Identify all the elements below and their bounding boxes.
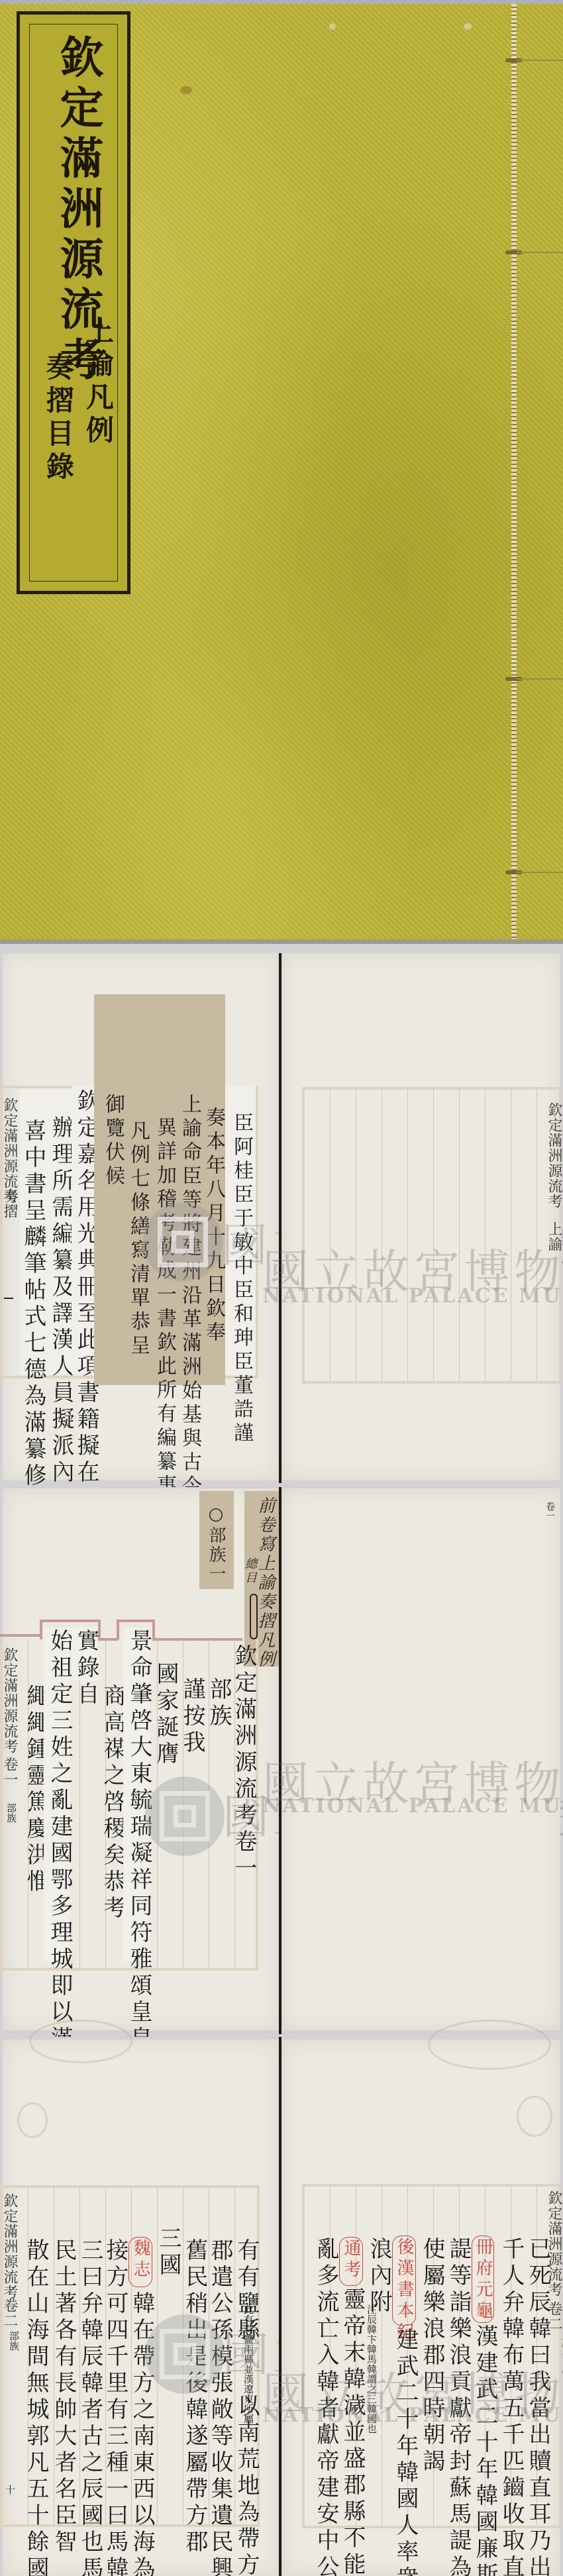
margin-sub-section: 部族 xyxy=(5,1803,17,1829)
page-spread-3: 欽定滿洲源流考 卷二 部族 十 散在山海間無城郭凡五十餘國總十餘萬 民土著各有長… xyxy=(0,2037,563,2576)
left-page: 欽定滿洲源流考 奏摺 喜中書呈麟筆帖式七德為滿纂修官理藩院 辦理所需編纂及譯漢人… xyxy=(3,953,279,1480)
page-gutter xyxy=(279,953,281,1483)
note-slip-text: 總目 xyxy=(243,1557,256,1597)
watermark-text-en: NATIONAL PALACE MUSEUM xyxy=(262,2404,563,2427)
water-stain xyxy=(17,2102,48,2138)
citation-mark: 魏志 xyxy=(128,2237,152,2287)
cover-spot xyxy=(464,23,472,30)
text-column: 民土著各有長帥大者名臣智 xyxy=(50,2238,77,2371)
page-spread-2: ○部族一 前卷寫上諭奏摺凡例 總目 欽定滿洲源流考 卷一 部族 繩繩鍾靈篤慶洪惟… xyxy=(0,1487,563,2037)
corner-mark: 卷一 xyxy=(544,1502,556,1521)
museum-seal-watermark xyxy=(143,1202,223,1282)
text-column: 始祖定三姓之亂建國鄂多理城即以滿洲建號繼繼 xyxy=(46,1629,73,1960)
slip-column: 御覽伏候 xyxy=(99,1094,126,1153)
citation-mark: 冊府元龜 xyxy=(472,2236,494,2323)
seal-glyph xyxy=(160,2329,210,2379)
margin-book-title: 欽定滿洲源流考 xyxy=(1,1098,17,1184)
note-slip-text: 前卷寫上諭奏摺凡例 xyxy=(255,1496,275,1662)
text-column: 景命肇啓大東毓瑞凝祥同符雅頌皇皇乎元鳥之生 xyxy=(126,1629,152,1960)
binding-thread xyxy=(511,4,517,939)
handwritten-mark xyxy=(250,1594,258,1639)
binding-stitch xyxy=(517,872,563,873)
museum-seal-watermark xyxy=(145,2314,225,2394)
title-slip: 欽定滿洲源流考 上諭凡例 奏摺目錄 xyxy=(17,11,130,594)
margin-section: 卷二 xyxy=(1,2298,17,2331)
text-column: 謹按我 xyxy=(179,1677,205,1757)
binding-stitch xyxy=(517,252,563,253)
right-page: 欽定滿洲源流考 上諭 國立故宮博物院 NATIONAL PALACE MUSEU… xyxy=(282,953,560,1480)
note-slip-1: ○部族一 xyxy=(199,1491,234,1589)
pasted-memorial-slip: 御覽伏候 凡例七條繕寫清單恭呈 異詳加稽考勒成一書欽此所有編纂事宜酌擬 上諭命臣… xyxy=(94,994,225,1385)
museum-seal-watermark xyxy=(145,1777,225,1856)
citation-mark: 後漢書本紀 xyxy=(392,2236,416,2326)
right-page: 卷一 國立故宮博物院 NATIONAL PALACE MUSEUM xyxy=(282,1488,560,2030)
margin-section: 奏摺 xyxy=(1,1188,17,1228)
right-page: 欽定滿洲源流考 卷二 亂多流亡入韓者獻帝建安中公孫康分屯 通考 靈帝末韓濊並盛郡… xyxy=(282,2039,560,2576)
water-stain xyxy=(29,2020,132,2063)
text-column: 三曰弁韓辰韓者古之辰國也馬韓在西其 xyxy=(77,2238,103,2516)
margin-book-title: 欽定滿洲源流考 xyxy=(546,1102,562,1192)
margin-book-title: 欽定滿洲源流考 xyxy=(1,1647,17,1740)
cover-bottom-edge xyxy=(0,939,563,944)
margin-page-mark xyxy=(4,1298,13,1299)
slip-column: 凡例七條繕寫清單恭呈 xyxy=(125,1120,151,1319)
cover-top-edge xyxy=(0,0,563,4)
left-page: 欽定滿洲源流考 卷二 部族 十 散在山海間無城郭凡五十餘國總十餘萬 民土著各有長… xyxy=(3,2039,279,2576)
text-column: 辦理所需編纂及譯漢人員擬派內閣侍讀麟 xyxy=(48,1115,74,1374)
watermark-text-en: NATIONAL PALACE MUSEUM xyxy=(262,1794,563,1818)
text-column: 散在山海間無城郭凡五十餘國總十餘萬 xyxy=(23,2238,49,2530)
text-column: 喜中書呈麟筆帖式七德為滿纂修官理藩院 xyxy=(20,1119,46,1377)
margin-sub-section: 部族 xyxy=(8,2331,20,2357)
margin-page-number: 十 xyxy=(4,2485,16,2498)
book-cover: 欽定滿洲源流考 上諭凡例 奏摺目錄 xyxy=(0,0,563,944)
section-heading: 三國 xyxy=(155,2226,181,2286)
watermark-text-en: NATIONAL PALACE MUSEUM xyxy=(262,1284,563,1308)
seal-glyph xyxy=(160,1791,210,1841)
text-column: 實錄自 xyxy=(73,1629,99,1708)
cover-spot xyxy=(329,23,336,30)
text-column: 接方可四千里有三種一曰馬韓二曰辰韓 xyxy=(102,2238,128,2516)
subtitle-column-1: 上諭凡例 xyxy=(82,316,114,475)
subtitle-column-2: 奏摺目錄 xyxy=(42,352,74,511)
binding-stitch xyxy=(517,60,563,61)
left-page: ○部族一 前卷寫上諭奏摺凡例 總目 欽定滿洲源流考 卷一 部族 繩繩鍾靈篤慶洪惟… xyxy=(3,1488,279,2030)
water-stain xyxy=(428,2020,551,2070)
text-column: 以南荒地為帶方 xyxy=(233,2394,260,2526)
page-spread-1: 欽定滿洲源流考 奏摺 喜中書呈麟筆帖式七德為滿纂修官理藩院 辦理所需編纂及譯漢人… xyxy=(0,944,563,1487)
margin-book-title: 欽定滿洲源流考 xyxy=(1,2193,17,2293)
water-stain xyxy=(517,2096,552,2137)
text-column: 商高禖之啓稷矣恭考 xyxy=(99,1684,126,1869)
page-gutter xyxy=(279,2037,281,2576)
citation-mark: 通考 xyxy=(339,2237,363,2286)
note-slip-text: ○部族一 xyxy=(206,1504,226,1584)
text-column: 部族 xyxy=(205,1677,232,1737)
text-column: 國家誕膺 xyxy=(152,1662,179,1755)
text-column: 韓在帶方之南東西以海為限南與倭 xyxy=(128,2291,155,2523)
cover-stain xyxy=(180,86,192,94)
seal-glyph xyxy=(158,1217,208,1267)
text-column: 浪內附 xyxy=(366,2237,392,2310)
binding-stitch xyxy=(517,678,563,680)
slip-column: 奏本年八月十九日欽奉 xyxy=(200,1107,227,1306)
margin-section: 卷一 xyxy=(1,1757,17,1790)
